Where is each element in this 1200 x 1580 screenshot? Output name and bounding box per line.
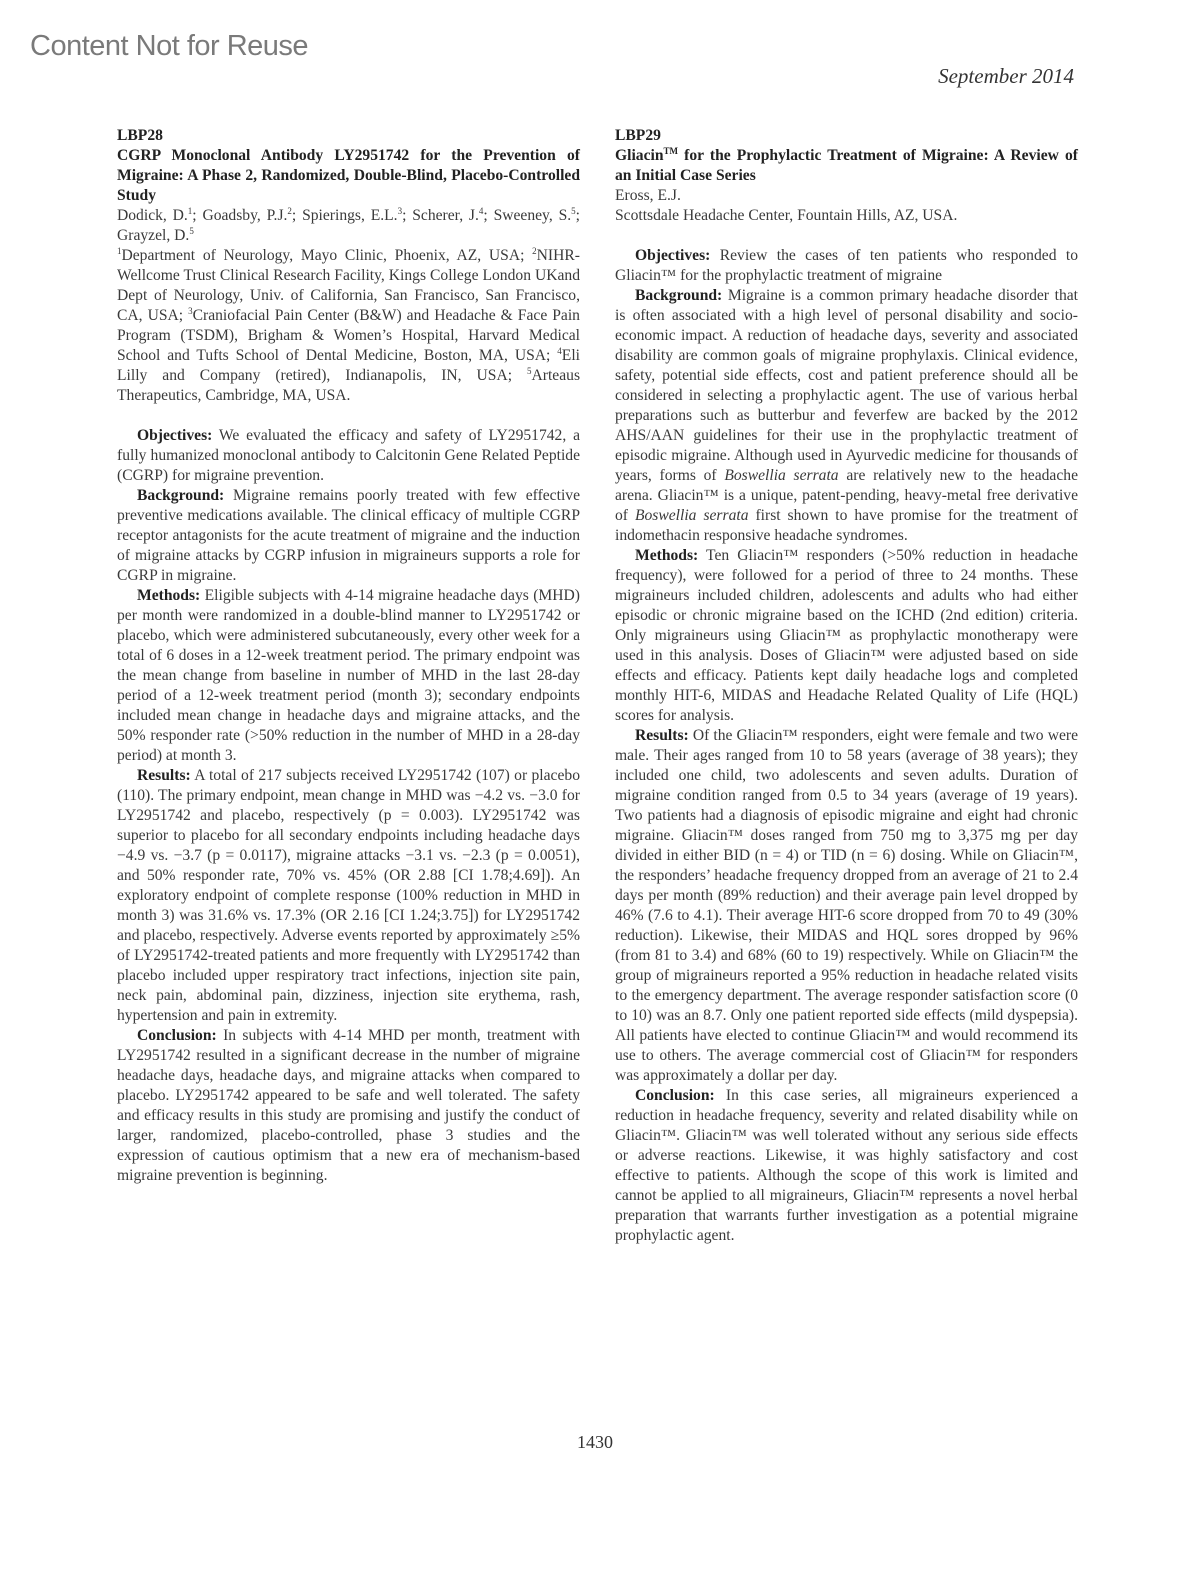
section-label: Conclusion: bbox=[137, 1027, 217, 1044]
section-label: Results: bbox=[137, 767, 191, 784]
section-label: Methods: bbox=[635, 547, 698, 564]
affiliation-list: 1Department of Neurology, Mayo Clinic, P… bbox=[117, 246, 580, 406]
section-methods: Methods: Ten Gliacin™ responders (>50% r… bbox=[615, 546, 1078, 726]
section-label: Methods: bbox=[137, 587, 200, 604]
section-text: Eligible subjects with 4-14 migraine hea… bbox=[117, 587, 580, 764]
abstract-lbp28: LBP28 CGRP Monoclonal Antibody LY2951742… bbox=[117, 126, 580, 1186]
section-text: Ten Gliacin™ responders (>50% reduction … bbox=[615, 547, 1078, 724]
section-label: Background: bbox=[137, 487, 224, 504]
species-name: Boswellia serrata bbox=[724, 467, 838, 484]
author-sup: 4 bbox=[479, 206, 484, 216]
abstract-title: CGRP Monoclonal Antibody LY2951742 for t… bbox=[117, 146, 580, 206]
section-text: A total of 217 subjects received LY29517… bbox=[117, 767, 580, 1024]
section-text: In subjects with 4-14 MHD per month, tre… bbox=[117, 1027, 580, 1184]
section-results: Results: A total of 217 subjects receive… bbox=[117, 766, 580, 1026]
author-sup: 3 bbox=[398, 206, 403, 216]
affiliation: Department of Neurology, Mayo Clinic, Ph… bbox=[122, 247, 525, 264]
section-label: Objectives: bbox=[635, 247, 710, 264]
author-sup: 5 bbox=[189, 226, 194, 236]
running-header-date: September 2014 bbox=[938, 64, 1074, 89]
section-text: In this case series, all migraineurs exp… bbox=[615, 1087, 1078, 1244]
author-list: Eross, E.J. bbox=[615, 186, 1078, 206]
affiliation: Scottsdale Headache Center, Fountain Hil… bbox=[615, 206, 1078, 226]
section-label: Conclusion: bbox=[635, 1087, 715, 1104]
author: Dodick, D. bbox=[117, 207, 188, 224]
abstract-lbp29: LBP29 GliacinTM for the Prophylactic Tre… bbox=[615, 126, 1078, 1246]
species-name: Boswellia serrata bbox=[635, 507, 749, 524]
abstract-id: LBP29 bbox=[615, 126, 1078, 146]
author: Goadsby, P.J. bbox=[202, 207, 287, 224]
section-label: Results: bbox=[635, 727, 689, 744]
author: Grayzel, D. bbox=[117, 227, 189, 244]
author-sup: 1 bbox=[188, 206, 193, 216]
author: Scherer, J. bbox=[412, 207, 479, 224]
page-number: 1430 bbox=[0, 1432, 1190, 1453]
abstract-id: LBP28 bbox=[117, 126, 580, 146]
watermark: Content Not for Reuse bbox=[30, 30, 308, 63]
author: Sweeney, S. bbox=[494, 207, 572, 224]
trademark-sup: TM bbox=[664, 146, 679, 156]
abstract-title: GliacinTM for the Prophylactic Treatment… bbox=[615, 146, 1078, 186]
section-results: Results: Of the Gliacin™ responders, eig… bbox=[615, 726, 1078, 1086]
author: Spierings, E.L. bbox=[302, 207, 397, 224]
section-label: Background: bbox=[635, 287, 722, 304]
title-rest: for the Prophylactic Treatment of Migrai… bbox=[615, 147, 1078, 184]
section-objectives: Objectives: Review the cases of ten pati… bbox=[615, 246, 1078, 286]
section-background: Background: Migraine remains poorly trea… bbox=[117, 486, 580, 586]
section-conclusion: Conclusion: In this case series, all mig… bbox=[615, 1086, 1078, 1246]
section-objectives: Objectives: We evaluated the efficacy an… bbox=[117, 426, 580, 486]
affiliation: Craniofacial Pain Center (B&W) and Heada… bbox=[117, 307, 580, 364]
section-background: Background: Migraine is a common primary… bbox=[615, 286, 1078, 546]
section-methods: Methods: Eligible subjects with 4-14 mig… bbox=[117, 586, 580, 766]
section-label: Objectives: bbox=[137, 427, 212, 444]
author-sup: 2 bbox=[287, 206, 292, 216]
section-text: Of the Gliacin™ responders, eight were f… bbox=[615, 727, 1078, 1084]
section-text: Migraine is a common primary headache di… bbox=[615, 287, 1078, 484]
author-list: Dodick, D.1; Goadsby, P.J.2; Spierings, … bbox=[117, 206, 580, 246]
section-conclusion: Conclusion: In subjects with 4-14 MHD pe… bbox=[117, 1026, 580, 1186]
title-product: Gliacin bbox=[615, 147, 664, 164]
author-sup: 5 bbox=[571, 206, 576, 216]
